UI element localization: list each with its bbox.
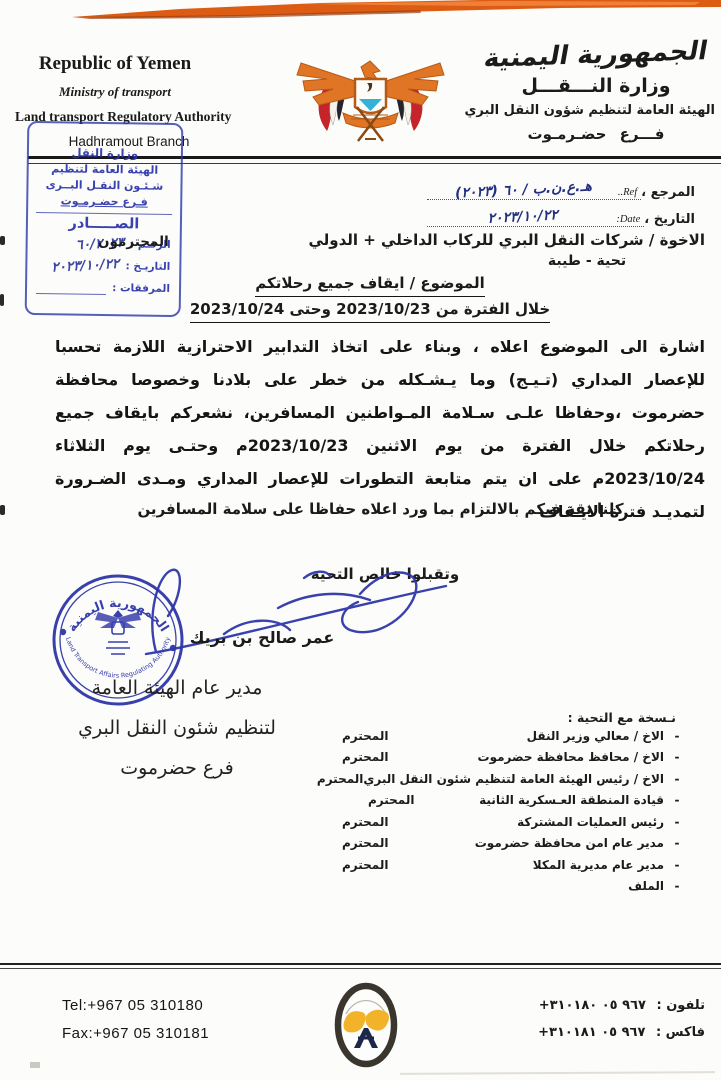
date-row: التاريخ ، Date: ٢٠٢٣/١٠/٢٢ (427, 209, 695, 227)
cc-honorific: المحترم (368, 793, 414, 807)
stamp-outgoing-label: الصـــــادر (28, 215, 180, 233)
footer-divider-thin (0, 968, 721, 969)
cc-item: -الاخ / رئيس الهيئة العامة لتنظيم شئون ا… (330, 768, 690, 790)
reference-row: المرجع ، Ref.. هـ.ع.ن.ب / ٦٠ (٢٠٢٣) (427, 182, 695, 200)
cc-recipient: قيادة المنطقة العـسكرية الثانية (479, 793, 664, 807)
signature-ink (128, 556, 458, 666)
cc-honorific: المحترم (317, 772, 363, 786)
scanned-letter-page: Republic of Yemen Ministry of transport … (0, 0, 721, 1080)
stamp-date-value-handwritten: ٢٠٢٣/١٠/٢٢ (51, 256, 120, 276)
cc-bullet: - (664, 729, 690, 743)
cc-bullet: - (664, 879, 690, 893)
date-label-en: Date: (616, 214, 640, 225)
stamp-authority-1: الهيئة العامة لتنظيم (29, 162, 181, 177)
footer-tel-en: Tel:+967 05 310180 (62, 992, 209, 1020)
cc-bullet: - (664, 750, 690, 764)
ministry-name-en: Ministry of transport (15, 84, 215, 100)
reference-line: Ref.. هـ.ع.ن.ب / ٦٠ (٢٠٢٣) (427, 182, 641, 200)
signer-name: عمر صالح بن بريك (182, 628, 342, 647)
footer-divider (0, 963, 721, 965)
footer-tel-ar-value: +٩٦٧ ٠٥ ٣١٠١٨٠ (539, 992, 646, 1019)
addressee-line: الاخوة / شركات النقل البري للركاب الداخل… (308, 231, 705, 249)
country-name-en: Republic of Yemen (15, 52, 215, 76)
scan-artifact (0, 294, 4, 306)
authority-logo (334, 982, 398, 1068)
cc-honorific: المحترم (342, 729, 388, 743)
addressee-honorific: المحترمون (98, 234, 169, 250)
cc-bullet: - (664, 793, 690, 807)
ministry-name-ar: وزارة النـــقـــل (477, 75, 715, 98)
stamp-authority-2: شـئـون النقـل البــرى (28, 178, 180, 193)
cc-bullet: - (664, 858, 690, 872)
cc-item: -الاخ / محافظ محافظة حضرموتالمحترم (330, 747, 690, 769)
authority-name-ar: الهيئة العامة لتنظيم شؤون النقل البري (477, 103, 715, 119)
footer-contact-ar: تلفون : +٩٦٧ ٠٥ ٣١٠١٨٠ فاكس : +٩٦٧ ٠٥ ٣١… (485, 992, 705, 1046)
cc-item: -مدير عام مديرية المكلاالمحترم (330, 854, 690, 876)
cc-recipient: الاخ / معالي وزير النقل (527, 729, 664, 743)
cc-item: -الاخ / معالي وزير النقلالمحترم (330, 725, 690, 747)
cc-recipient: مدير عام امن محافظة حضرموت (475, 836, 664, 850)
outgoing-mail-stamp: وزارة النقل الهيئة العامة لتنظيم شـئـون … (25, 121, 184, 317)
stamp-date-label: التاريـخ : (125, 260, 170, 273)
cc-recipient: الاخ / رئيس الهيئة العامة لتنظيم شئون ال… (363, 772, 664, 786)
footer-contact-en: Tel:+967 05 310180 Fax:+967 05 310181 (62, 992, 209, 1048)
cc-recipient: الاخ / محافظ محافظة حضرموت (478, 750, 664, 764)
stamp-attachments-line (36, 281, 106, 295)
reference-label-en: Ref.. (618, 187, 637, 198)
cc-honorific: المحترم (342, 815, 388, 829)
cc-honorific: المحترم (342, 836, 388, 850)
scan-artifact (30, 1062, 40, 1068)
cc-recipient: رئيس العمليات المشتركة (517, 815, 664, 829)
date-label: التاريخ ، (644, 212, 695, 227)
subject-line-1: الموضوع / ايقاف جميع رحلاتكم (255, 272, 485, 297)
cc-recipient: مدير عام مديرية المكلا (533, 858, 664, 872)
signer-titles: مدير عام الهيئة العامة لتنظيم شئون النقل… (52, 668, 302, 788)
cc-list-block: نـسخة مع التحية : -الاخ / معالي وزير الن… (330, 710, 690, 897)
header-arabic: الجمهورية اليمنية وزارة النـــقـــل الهي… (477, 40, 715, 143)
cc-honorific: المحترم (342, 858, 388, 872)
date-line: Date: ٢٠٢٣/١٠/٢٢ (427, 209, 644, 227)
cc-recipient: الملف (628, 879, 664, 893)
trust-line: كلنا ثقة فيكم بالالتزام بما ورد اعلاه حف… (90, 500, 671, 518)
signer-title-1: مدير عام الهيئة العامة (52, 668, 302, 708)
cc-item: -رئيس العمليات المشتركةالمحترم (330, 811, 690, 833)
subject-block: الموضوع / ايقاف جميع رحلاتكم خلال الفترة… (168, 271, 572, 323)
subject-line-2: خلال الفترة من 2023/10/23 وحتى 2023/10/2… (190, 298, 550, 323)
signer-title-3: فرع حضرموت (52, 748, 302, 788)
country-name-ar: الجمهورية اليمنية (482, 36, 711, 75)
cc-item: -قيادة المنطقة العـسكرية الثانيةالمحترم (330, 790, 690, 812)
cc-bullet: - (664, 836, 690, 850)
stamp-attachments-label: المرفقات : (112, 282, 170, 295)
stamp-ministry: وزارة النقل (29, 145, 181, 161)
branch-name-ar: فـــرع حضـرمـوت (477, 125, 715, 143)
cc-bullet: - (664, 815, 690, 829)
footer-fax-en: Fax:+967 05 310181 (62, 1020, 209, 1048)
scan-artifact (0, 505, 5, 515)
scan-artifact (400, 1071, 715, 1075)
cc-bullet: - (664, 772, 690, 786)
reference-value-handwritten: هـ.ع.ن.ب / ٦٠ (٢٠٢٣) (429, 177, 618, 203)
letter-body: اشارة الى الموضوع اعلاه ، وبناء على اتخا… (55, 330, 705, 528)
reference-label: المرجع ، (641, 185, 695, 200)
signer-title-2: لتنظيم شئون النقل البري (52, 708, 302, 748)
cc-list: -الاخ / معالي وزير النقلالمحترم-الاخ / م… (330, 725, 690, 897)
cc-honorific: المحترم (342, 750, 388, 764)
scan-orange-band (0, 0, 721, 26)
cc-item: -الملف (330, 876, 690, 898)
cc-item: -مدير عام امن محافظة حضرموتالمحترم (330, 833, 690, 855)
stamp-branch: فـرع حضـرمـوت (28, 194, 180, 209)
footer-fax-ar-value: +٩٦٧ ٠٥ ٣١٠١٨١ (538, 1019, 645, 1046)
scan-artifact (0, 236, 5, 245)
yemen-coat-of-arms-icon (283, 54, 458, 152)
date-value-handwritten: ٢٠٢٣/١٠/٢٢ (429, 204, 617, 230)
cc-header: نـسخة مع التحية : (330, 710, 676, 725)
salutation: تحية - طيبة (528, 253, 646, 269)
footer-fax-ar-label: فاكس : (656, 1025, 705, 1040)
footer-tel-ar-label: تلفون : (656, 998, 705, 1013)
